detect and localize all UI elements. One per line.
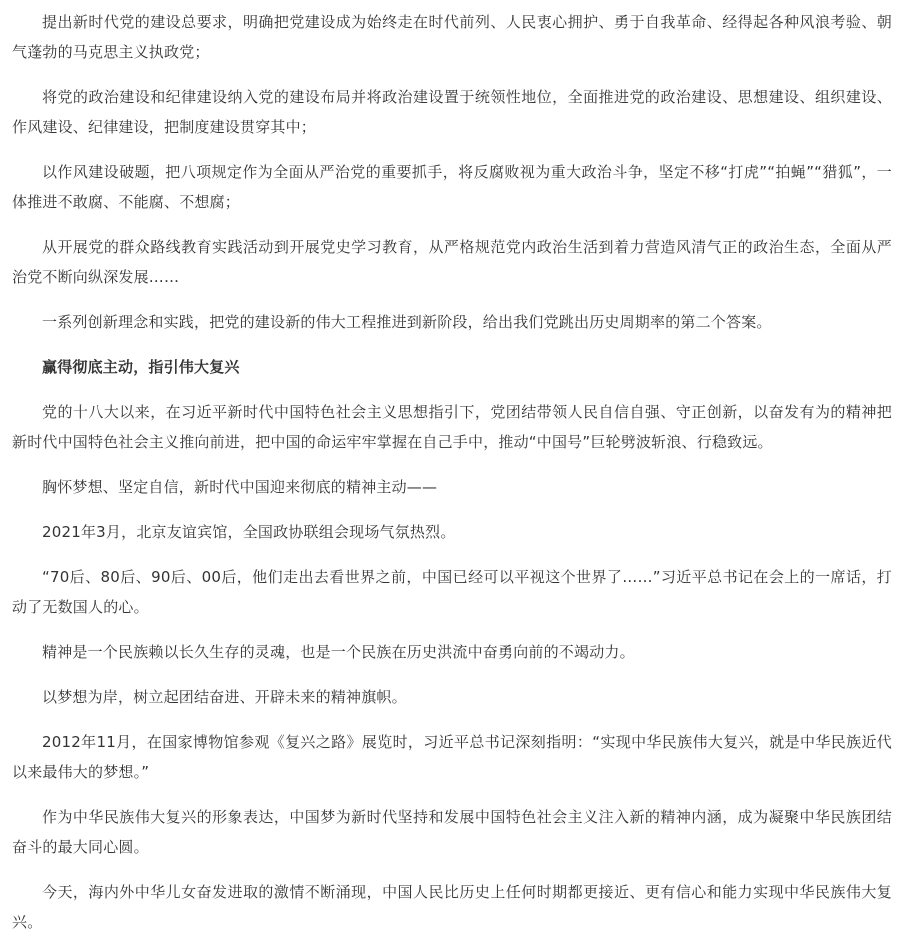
article-paragraph: 2012年11月，在国家博物馆参观《复兴之路》展览时，习近平总书记深刻指明：“实… xyxy=(12,727,892,787)
article-paragraph: 胸怀梦想、坚定自信，新时代中国迎来彻底的精神主动—— xyxy=(12,472,892,502)
article-paragraph: 党的十八大以来，在习近平新时代中国特色社会主义思想指引下，党团结带领人民自信自强… xyxy=(12,397,892,457)
article-paragraph: 作为中华民族伟大复兴的形象表达，中国梦为新时代坚持和发展中国特色社会主义注入新的… xyxy=(12,802,892,862)
section-heading: 赢得彻底主动，指引伟大复兴 xyxy=(12,352,892,382)
article-paragraph: 今天，海内外中华儿女奋发进取的激情不断涌现，中国人民比历史上任何时期都更接近、更… xyxy=(12,877,892,937)
article-paragraph: 以作风建设破题，把八项规定作为全面从严治党的重要抓手，将反腐败视为重大政治斗争，… xyxy=(12,157,892,217)
article-paragraph: 精神是一个民族赖以长久生存的灵魂，也是一个民族在历史洪流中奋勇向前的不竭动力。 xyxy=(12,637,892,667)
article-paragraph: 提出新时代党的建设总要求，明确把党建设成为始终走在时代前列、人民衷心拥护、勇于自… xyxy=(12,7,892,67)
article-body: 提出新时代党的建设总要求，明确把党建设成为始终走在时代前列、人民衷心拥护、勇于自… xyxy=(0,0,910,937)
article-paragraph: 一系列创新理念和实践，把党的建设新的伟大工程推进到新阶段，给出我们党跳出历史周期… xyxy=(12,307,892,337)
article-paragraph: 从开展党的群众路线教育实践活动到开展党史学习教育，从严格规范党内政治生活到着力营… xyxy=(12,232,892,292)
article-paragraph: “70后、80后、90后、00后，他们走出去看世界之前，中国已经可以平视这个世界… xyxy=(12,562,892,622)
article-paragraph: 以梦想为岸，树立起团结奋进、开辟未来的精神旗帜。 xyxy=(12,682,892,712)
article-paragraph: 2021年3月，北京友谊宾馆，全国政协联组会现场气氛热烈。 xyxy=(12,517,892,547)
article-paragraph: 将党的政治建设和纪律建设纳入党的建设布局并将政治建设置于统领性地位，全面推进党的… xyxy=(12,82,892,142)
